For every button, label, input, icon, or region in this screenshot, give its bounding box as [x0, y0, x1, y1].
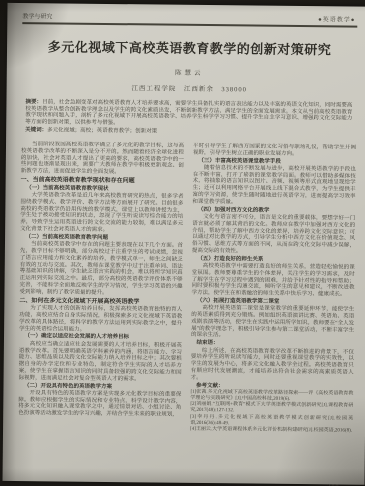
article-body: 当前阶段我国高校英语教学确立了多元化的教学目标，这与高校英语教学改革的不断深入是… — [18, 141, 357, 480]
scanned-journal-photo: { "page": { "header": { "left": "教学与研究",… — [0, 0, 365, 486]
author-affiliation: 江西工程学院 江西新余 338000 — [22, 82, 357, 95]
body-paragraph: 大学英语教学改革是近几年来高校教育研究的热点，很多学者围绕教学模式、教学评价、教… — [20, 192, 183, 234]
author-name: 陈慧云 — [22, 66, 357, 79]
running-head-column: ●英语教学● — [318, 14, 355, 23]
body-paragraph: 高校英语教学中需要打造良好的师生关系，营造轻松愉悦的课堂氛围。教师要尊重学生的个… — [191, 263, 354, 299]
running-head-section: 教学与研究 — [22, 11, 52, 20]
abstract-label: 摘要： — [25, 99, 42, 105]
keywords: 关键词：多元化视域；高校；英语教育教学；创新对策 — [25, 127, 352, 137]
body-paragraph: 随着信息技术的不断发展与进步，高校开展英语教学的手段也在不断丰富，打开了崭新的课… — [192, 165, 355, 207]
body-paragraph: 综上所述，在高校英语教育教学改革不断推进的背景下，不仅要培养学生的听说读写能力，… — [191, 347, 354, 383]
body-paragraph: 开设具有特色的英语教学方案是实现多元化教学目标的重要保障。教师应根据学生的实际情… — [18, 390, 181, 419]
abstract-text: 目前，社会急剧变革对高校英语教育人才培养要求高，需要学生具备扎实的语言表达能力以… — [25, 99, 352, 126]
body-paragraph: 高校开展英语第二课堂是课堂教学的重要延伸环节，能使学生的英语素质得到充分锻炼。例… — [191, 305, 354, 341]
body-paragraph: 高校应当确立适应社会发展需要的人才培养目标，积极开展英语教学改革。首先要明确英语… — [19, 341, 182, 383]
body-paragraph: 当前高校英语教学中存在的问题主要表现在以下几个方面。首先，教学目标不够明确，部分… — [19, 241, 183, 297]
abstract: 摘要：目前，社会急剧变革对高校英语教育人才培养要求高，需要学生具备扎实的语言表达… — [25, 99, 352, 129]
keywords-text: 多元化视域；高校；英语教育教学；创新对策 — [47, 128, 157, 135]
keywords-label: 关键词： — [25, 127, 47, 133]
journal-page: 教学与研究 ●英语教学● 多元化视域下高校英语教育教学的创新对策研究 陈慧云 江… — [3, 3, 365, 485]
running-head: 教学与研究 ●英语教学● — [22, 9, 357, 28]
reference-item: [4]王丽云.大学英语课程体系多元化评价机制构建研究[J].校园英语,2016(… — [190, 427, 353, 435]
body-paragraph: 文化与语言密不可分，语言是文化的重要载体，要想学好一门语言就必须了解其背后的文化… — [192, 214, 355, 256]
body-paragraph: 当前阶段我国高校英语教学确立了多元化的教学目标，这与高校英语教学改革的不断深入是… — [21, 141, 184, 177]
body-paragraph: 为了实现人才的创新培养目标，发挥高校英语教育独特的育人功能，高校应结合自身实际情… — [19, 305, 182, 334]
right-column: 平时引导学生了解西方国家的文化习俗与职场礼仪，帮助学生开阔视野，引导学生树立正确… — [190, 143, 357, 481]
body-paragraph: 平时引导学生了解西方国家的文化习俗与职场礼仪，帮助学生开阔视野，引导学生树立正确… — [193, 143, 356, 158]
article-title: 多元化视域下高校英语教育教学的创新对策研究 — [22, 36, 357, 59]
left-column: 当前阶段我国高校英语教学确立了多元化的教学目标，这与高校英语教学改革的不断深入是… — [18, 141, 185, 479]
page-footer: ·209· — [17, 481, 342, 486]
